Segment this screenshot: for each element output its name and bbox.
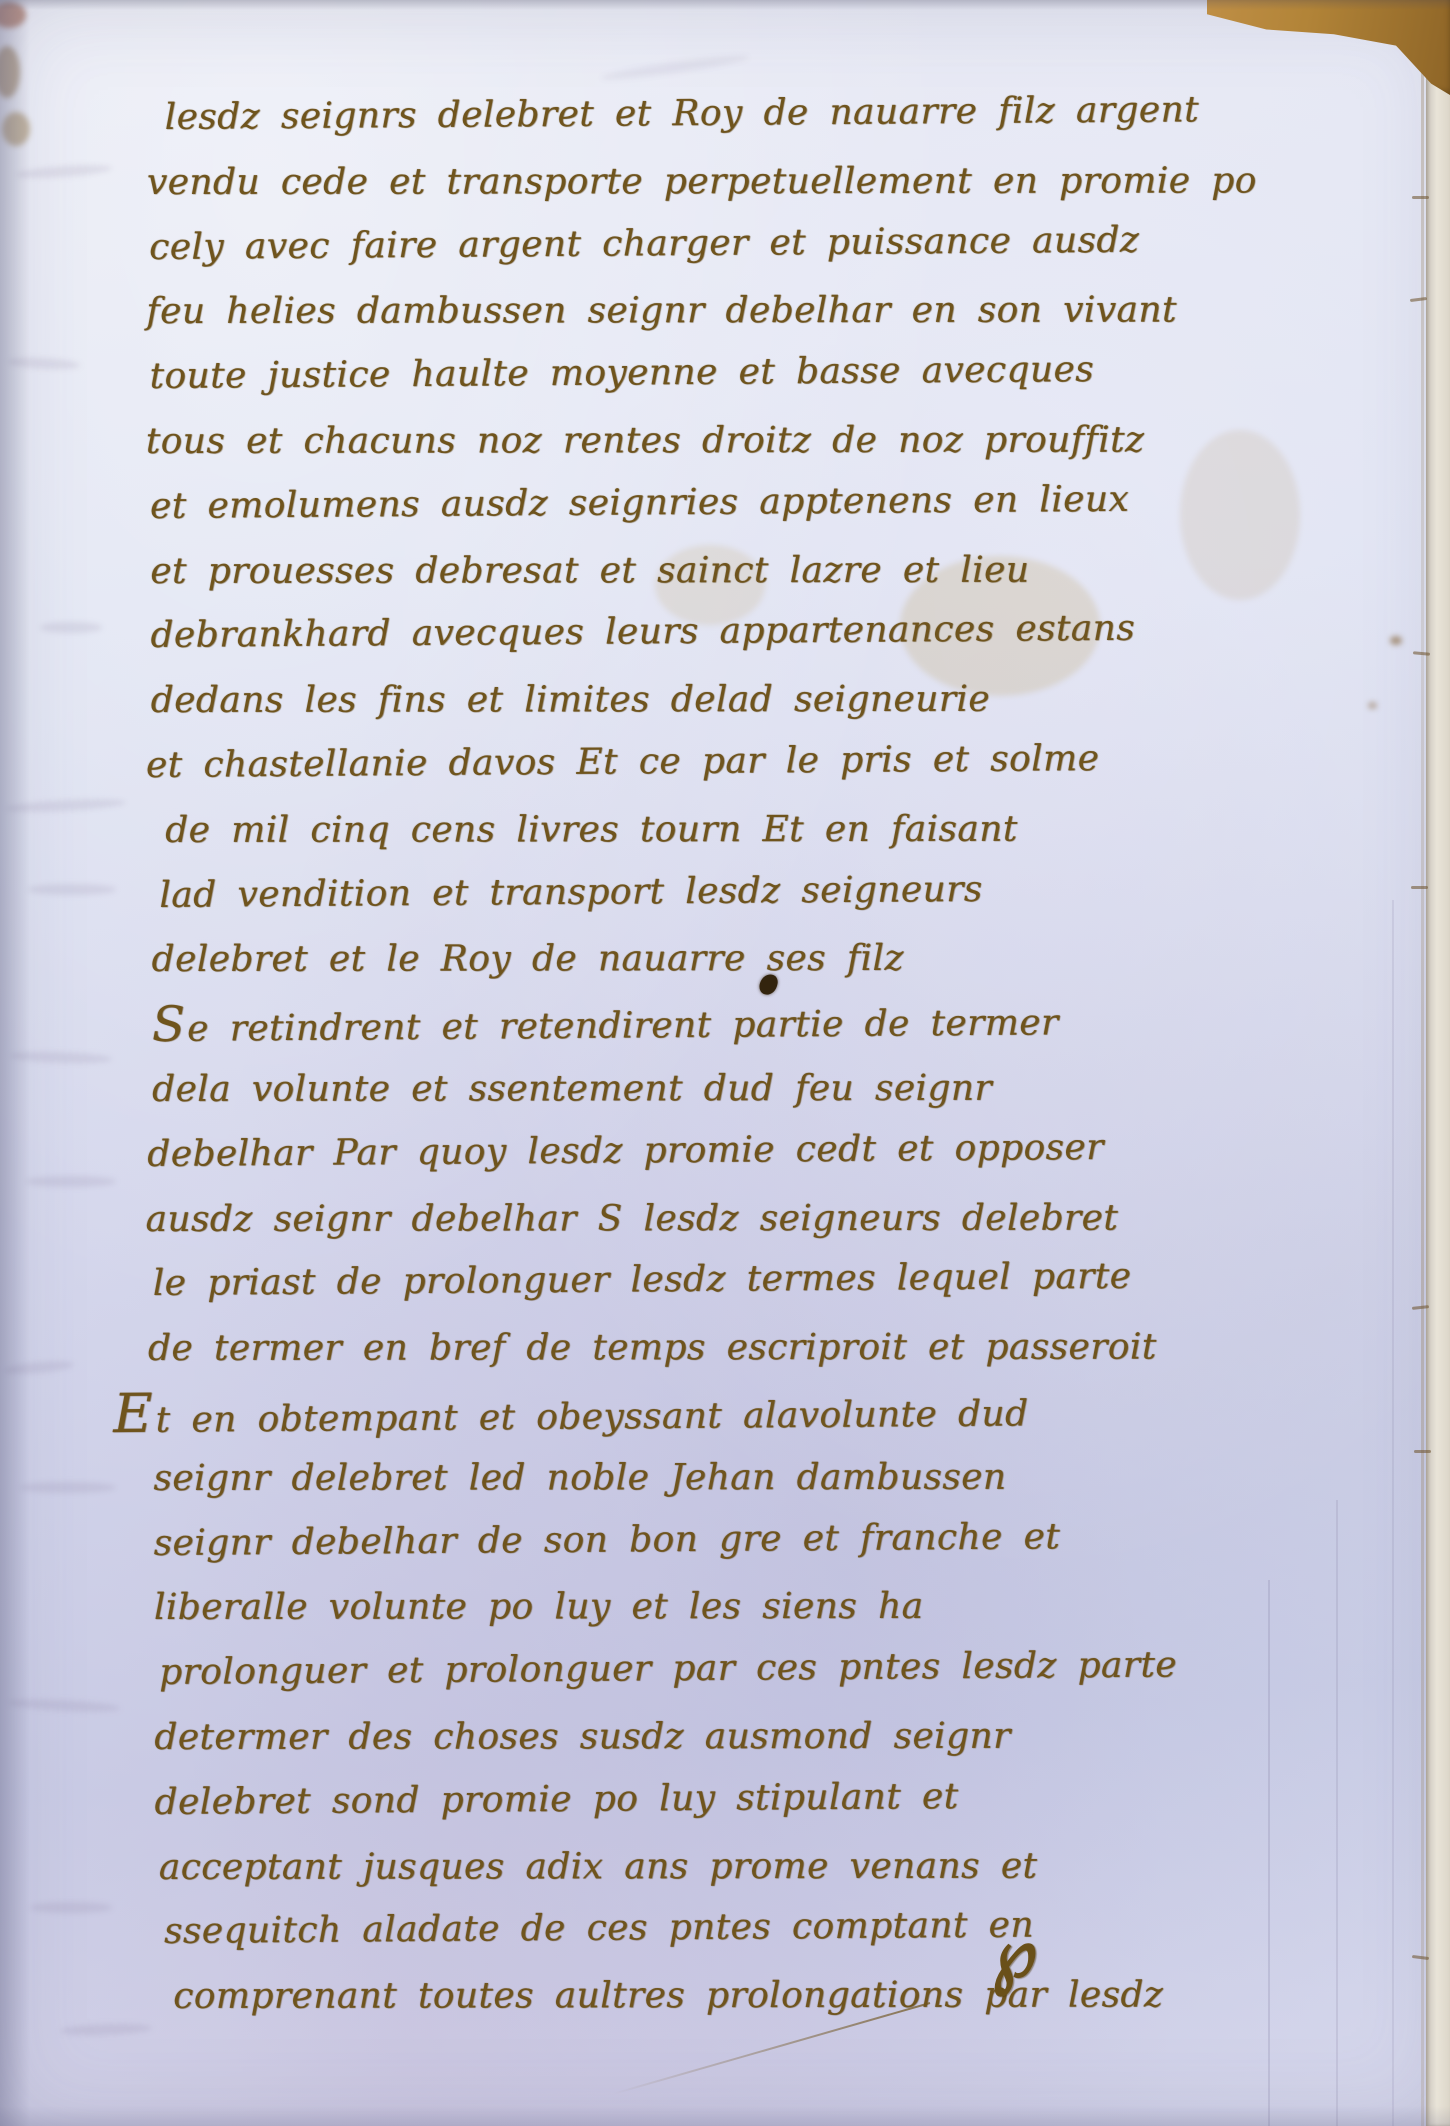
top-edge-shadow xyxy=(0,0,1450,10)
manuscript-line: cely avec faire argent charger et puissa… xyxy=(149,206,1447,280)
manuscript-line: tous et chacuns noz rentes droitz de noz… xyxy=(146,408,1448,475)
crease-line xyxy=(1268,1580,1270,2126)
page-fore-edge xyxy=(1426,0,1450,2126)
left-edge-shadow xyxy=(0,0,30,2126)
manuscript-line: de mil cinq cens livres tourn Et en fais… xyxy=(165,797,1449,864)
manuscript-line: liberalle volunte po luy et les siens ha xyxy=(154,1575,1450,1642)
manuscript-line: prolonguer et prolonguer par ces pntes l… xyxy=(159,1632,1450,1706)
manuscript-line: determer des choses susdz ausmond seignr xyxy=(154,1704,1450,1771)
manuscript-line: lad vendition et transport lesdz seigneu… xyxy=(159,854,1449,928)
manuscript-line: toute justice haulte moyenne et basse av… xyxy=(149,336,1447,410)
manuscript-line: delebret sond promie po luy stipulant et xyxy=(154,1761,1450,1835)
manuscript-line: seignr debelhar de son bon gre et franch… xyxy=(153,1502,1450,1576)
manuscript-line: ausdz seignr debelhar S lesdz seigneurs … xyxy=(146,1186,1450,1253)
manuscript-line: seignr delebret led noble Jehan dambusse… xyxy=(153,1445,1450,1512)
manuscript-line: delebret et le Roy de nauarre ses filz xyxy=(152,927,1450,994)
manuscript-line: et emolumens ausdz seignries apptenens e… xyxy=(150,465,1448,539)
manuscript-line: vendu cede et transporte perpetuellement… xyxy=(147,149,1447,216)
crease-line xyxy=(1336,1500,1338,2126)
manuscript-line: le priast de prolonguer lesdz termes leq… xyxy=(153,1243,1450,1317)
manuscript-line: feu helies dambussen seignr debelhar en … xyxy=(146,279,1447,346)
stitch-mark xyxy=(1411,886,1428,889)
deckle-edge-line xyxy=(1421,0,1424,2126)
bottom-edge-shadow xyxy=(0,2106,1450,2126)
manuscript-line: ssequitch aladate de ces pntes comptant … xyxy=(164,1891,1450,1965)
manuscript-line: lesdz seignrs delebret et Roy de nauarre… xyxy=(164,77,1446,151)
manuscript-text-block: lesdz seignrs delebret et Roy de nauarre… xyxy=(0,81,1450,2030)
manuscript-line: Se retindrent et retendirent partie de t… xyxy=(152,984,1450,1058)
crease-line xyxy=(1392,900,1394,2126)
manuscript-photo: lesdz seignrs delebret et Roy de nauarre… xyxy=(0,0,1450,2126)
manuscript-line: de termer en bref de temps escriproit et… xyxy=(148,1315,1450,1382)
manuscript-line: dedans les fins et limites delad seigneu… xyxy=(151,667,1449,734)
manuscript-line: dela volunte et ssentement dud feu seign… xyxy=(152,1056,1450,1123)
manuscript-line: Et en obtempant et obeyssant alavolunte … xyxy=(113,1372,1450,1447)
manuscript-line: et prouesses debresat et sainct lazre et… xyxy=(150,538,1448,605)
manuscript-line: et chastellanie davos Et ce par le pris … xyxy=(146,724,1449,798)
manuscript-line: comprenant toutes aultres prolongations … xyxy=(173,1963,1450,2030)
stitch-mark xyxy=(1412,196,1429,199)
manuscript-line: acceptant jusques adix ans prome venans … xyxy=(159,1834,1450,1901)
stitch-mark xyxy=(1414,1450,1431,1453)
manuscript-line: debelhar Par quoy lesdz promie cedt et o… xyxy=(147,1113,1450,1187)
manuscript-line: debrankhard avecques leurs appartenances… xyxy=(150,595,1448,669)
